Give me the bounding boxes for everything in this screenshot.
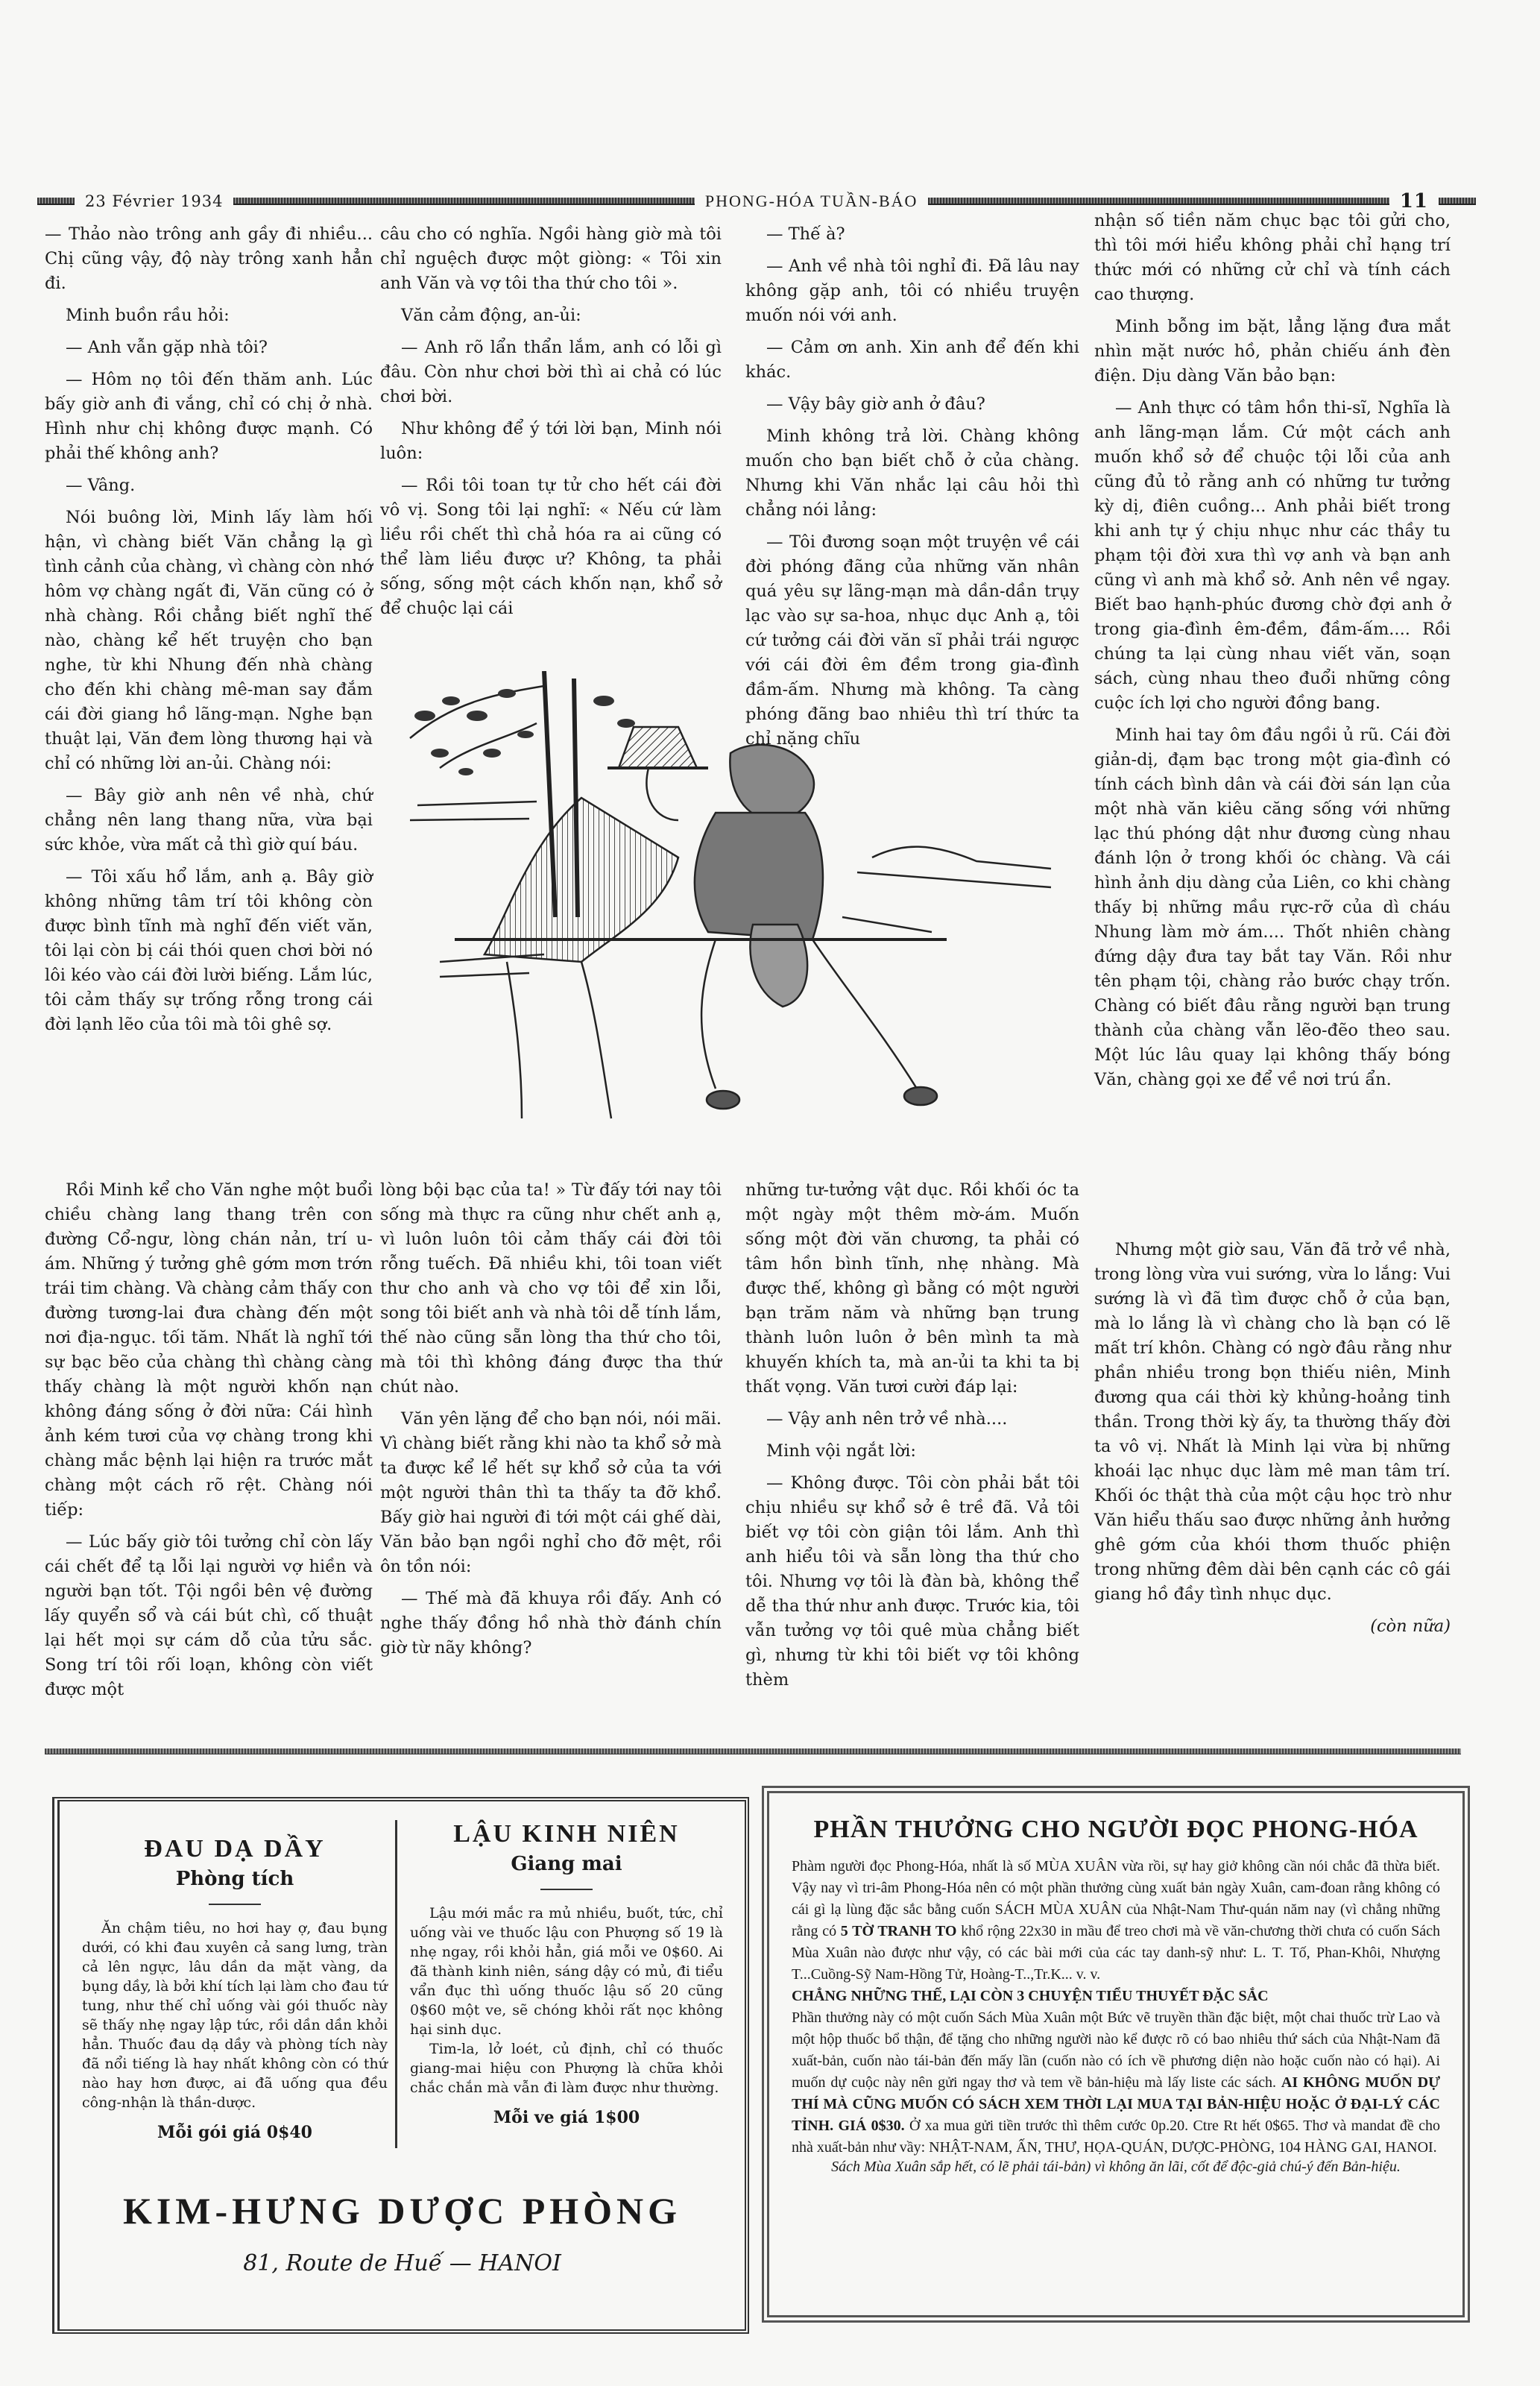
paragraph: — Anh rõ lẩn thẩn lắm, anh có lỗi gì đâu… <box>380 336 722 409</box>
article-column-2-top: câu cho có nghĩa. Ngồi hàng giờ mà tôi c… <box>380 222 722 629</box>
masthead-rule <box>928 198 1389 205</box>
paragraph: lòng bội bạc của ta! » Từ đấy tới nay tô… <box>380 1178 722 1400</box>
ad-stomach-medicine: ĐAU DẠ DẦY Phòng tích Ăn chậm tiêu, no h… <box>82 1835 388 2142</box>
issue-date: 23 Février 1934 <box>85 192 223 210</box>
masthead-rule <box>233 198 694 205</box>
ad-chronic-disease-medicine: LẬU KINH NIÊN Giang mai Lậu mới mắc ra m… <box>410 1820 723 2127</box>
paragraph: Minh không trả lời. Chàng không muốn cho… <box>745 424 1079 523</box>
ad-subtitle: Giang mai <box>410 1853 723 1875</box>
masthead-rule <box>37 198 75 205</box>
paragraph: — Tôi xấu hổ lắm, anh ạ. Bây giờ không n… <box>45 865 373 1037</box>
paragraph: — Anh thực có tâm hồn thi-sĩ, Nghĩa là a… <box>1094 396 1451 716</box>
paragraph: — Thế mà đã khuya rồi đấy. Anh có nghe t… <box>380 1587 722 1661</box>
paragraph: — Không được. Tôi còn phải bắt tôi chịu … <box>745 1471 1079 1693</box>
article-column-1-top: — Thảo nào trông anh gầy đi nhiều... Chị… <box>45 222 373 1045</box>
paragraph: — Bây giờ anh nên về nhà, chứ chẳng nên … <box>45 784 373 857</box>
masthead-rule <box>1439 198 1476 205</box>
article-column-4-top: nhận số tiền năm chục bạc tôi gửi cho, t… <box>1094 209 1451 1100</box>
paragraph: Nói buông lời, Minh lấy làm hối hận, vì … <box>45 506 373 776</box>
section-divider <box>45 1748 1461 1754</box>
paragraph: nhận số tiền năm chục bạc tôi gửi cho, t… <box>1094 209 1451 307</box>
advertisement-box-pharmacy: ĐAU DẠ DẦY Phòng tích Ăn chậm tiêu, no h… <box>52 1797 749 2334</box>
ad-body: Lậu mới mắc ra mủ nhiều, buốt, tức, chỉ … <box>410 1904 723 2039</box>
reader-prize-ad: PHẦN THƯỞNG CHO NGƯỜI ĐỌC PHONG-HÓA Phàm… <box>792 1816 1440 2176</box>
ad-dash <box>540 1889 593 1890</box>
paragraph: — Anh về nhà tôi nghỉ đi. Đã lâu nay khô… <box>745 254 1079 328</box>
paragraph: những tư-tưởng vật dục. Rồi khối óc ta m… <box>745 1178 1079 1400</box>
ad-divider <box>395 1820 397 2148</box>
publication-title: PHONG-HÓA TUẦN-BÁO <box>705 192 918 211</box>
paragraph: Văn cảm động, an-ủi: <box>380 303 722 328</box>
pharmacy-name: KIM-HƯNG DƯỢC PHÒNG <box>60 2189 745 2232</box>
ad-subtitle: Phòng tích <box>82 1868 388 1890</box>
prize-body: Phàm người đọc Phong-Hóa, nhất là số MÙA… <box>792 1856 1440 2159</box>
paragraph: Rồi Minh kể cho Văn nghe một buổi chiều … <box>45 1178 373 1523</box>
ad-body: Tim-la, lở loét, củ định, chỉ có thuốc g… <box>410 2039 723 2097</box>
ad-dash <box>209 1904 261 1905</box>
paragraph: Minh bỗng im bặt, lẳng lặng đưa mắt nhìn… <box>1094 315 1451 388</box>
pharmacy-name-block: KIM-HƯNG DƯỢC PHÒNG 81, Route de Huế — H… <box>60 2189 745 2276</box>
paragraph: Nhưng một giờ sau, Văn đã trở về nhà, tr… <box>1094 1238 1451 1607</box>
prize-title: PHẦN THƯỞNG CHO NGƯỜI ĐỌC PHONG-HÓA <box>792 1816 1440 1844</box>
ad-body: Ăn chậm tiêu, no hơi hay ợ, đau bụng dướ… <box>82 1918 388 2112</box>
paragraph: — Rồi tôi toan tự tử cho hết cái đời vô … <box>380 473 722 621</box>
paragraph: — Vâng. <box>45 473 373 498</box>
pharmacy-address: 81, Route de Huế — HANOI <box>60 2250 745 2276</box>
paragraph: — Thảo nào trông anh gầy đi nhiều... Chị… <box>45 222 373 296</box>
illustration-two-men-on-bench <box>395 671 1066 1163</box>
paragraph: Như không để ý tới lời bạn, Minh nói luô… <box>380 417 722 466</box>
paragraph: — Hôm nọ tôi đến thăm anh. Lúc bấy giờ a… <box>45 368 373 466</box>
paragraph: Minh hai tay ôm đầu ngồi ủ rũ. Cái đời g… <box>1094 723 1451 1092</box>
article-column-2-bottom: lòng bội bạc của ta! » Từ đấy tới nay tô… <box>380 1178 722 1668</box>
article-column-3-bottom: những tư-tưởng vật dục. Rồi khối óc ta m… <box>745 1178 1079 1700</box>
paragraph: — Cảm ơn anh. Xin anh để đến khi khác. <box>745 336 1079 385</box>
paragraph: Minh vội ngắt lời: <box>745 1439 1079 1464</box>
ad-price: Mỗi gói giá 0$40 <box>82 2123 388 2142</box>
paragraph: Văn yên lặng để cho bạn nói, nói mãi. Vì… <box>380 1407 722 1579</box>
continued-note: (còn nữa) <box>1094 1614 1451 1639</box>
paragraph: — Lúc bấy giờ tôi tưởng chỉ còn lấy cái … <box>45 1530 373 1702</box>
prize-headline: CHẲNG NHỮNG THẾ, LẠI CÒN 3 CHUYỆN TIỂU T… <box>792 1988 1269 2004</box>
article-column-1-bottom: Rồi Minh kể cho Văn nghe một buổi chiều … <box>45 1178 373 1710</box>
paragraph: Minh buồn rầu hỏi: <box>45 303 373 328</box>
article-column-4-bottom: Nhưng một giờ sau, Văn đã trở về nhà, tr… <box>1094 1238 1451 1639</box>
paragraph: — Vậy bây giờ anh ở đâu? <box>745 392 1079 417</box>
paragraph: — Anh vẫn gặp nhà tôi? <box>45 336 373 360</box>
paragraph: — Vậy anh nên trở về nhà.... <box>745 1407 1079 1432</box>
paragraph: câu cho có nghĩa. Ngồi hàng giờ mà tôi c… <box>380 222 722 296</box>
ad-title: ĐAU DẠ DẦY <box>82 1835 388 1863</box>
advertisement-box-reader-prize: PHẦN THƯỞNG CHO NGƯỜI ĐỌC PHONG-HÓA Phàm… <box>762 1786 1470 2323</box>
prize-footer: Sách Mùa Xuân sắp hết, có lẽ phải tái-bả… <box>792 2159 1440 2176</box>
ad-title: LẬU KINH NIÊN <box>410 1820 723 1848</box>
paragraph: — Thế à? <box>745 222 1079 247</box>
man-with-hat-figure <box>485 727 708 1118</box>
ad-price: Mỗi ve giá 1$00 <box>410 2108 723 2127</box>
